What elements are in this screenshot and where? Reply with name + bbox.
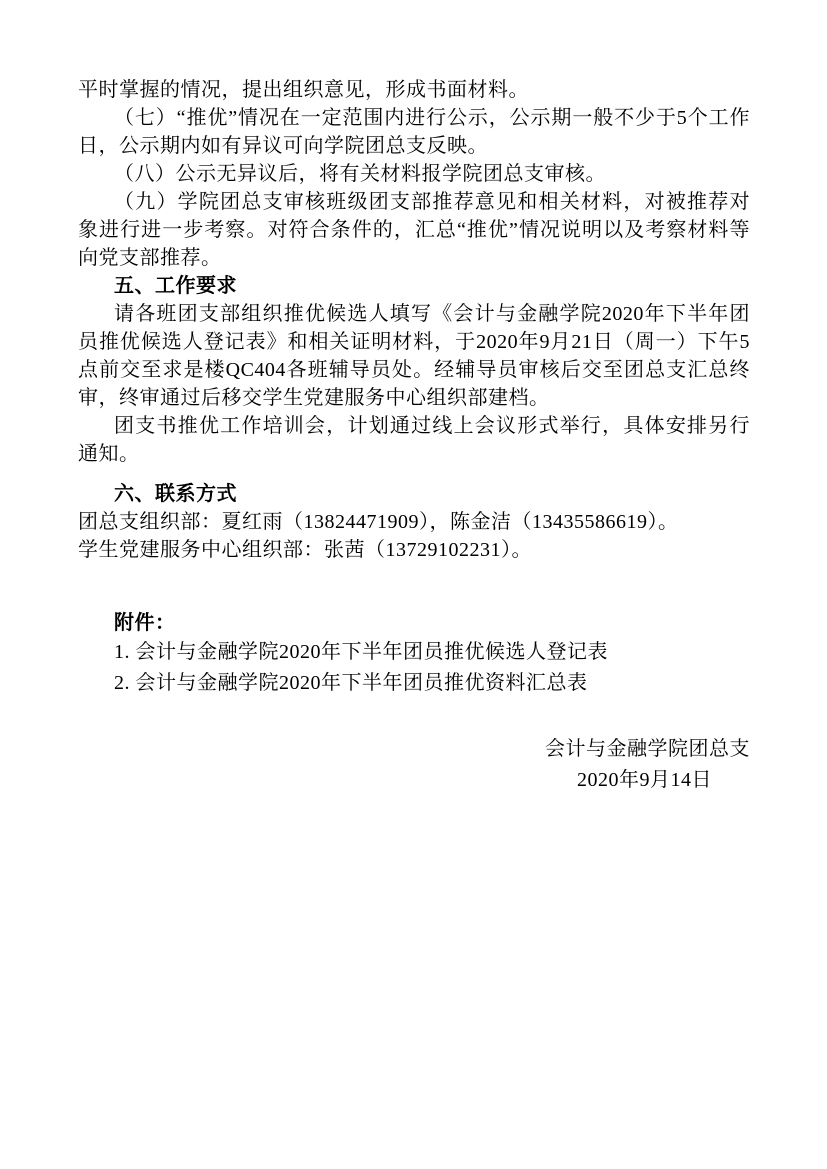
text-line: （七）“推优”情况在一定范围内进行公示，公示期一般不少于5个工作 xyxy=(78,104,750,132)
contact-line-party-center: 学生党建服务中心组织部：张茜（13729102231）。 xyxy=(78,536,750,564)
signature-org: 会计与金融学院团总支 xyxy=(78,734,750,765)
document-page: 平时掌握的情况，提出组织意见，形成书面材料。（七）“推优”情况在一定范围内进行公… xyxy=(0,0,827,1169)
section-heading-5: 五、工作要求 xyxy=(78,272,750,300)
text-line: 象进行进一步考察。对符合条件的，汇总“推优”情况说明以及考察材料等 xyxy=(78,216,750,244)
attachment-item-2: 2. 会计与金融学院2020年下半年团员推优资料汇总表 xyxy=(78,668,750,699)
document-body: 平时掌握的情况，提出组织意见，形成书面材料。（七）“推优”情况在一定范围内进行公… xyxy=(78,76,750,796)
contact-line-league: 团总支组织部：夏红雨（13824471909），陈金洁（13435586619）… xyxy=(78,508,750,536)
text-line: 向党支部推荐。 xyxy=(78,244,750,272)
text-line: 请各班团支部组织推优候选人填写《会计与金融学院2020年下半年团 xyxy=(78,300,750,328)
text-line: 平时掌握的情况，提出组织意见，形成书面材料。 xyxy=(78,76,750,104)
text-line: 通知。 xyxy=(78,440,750,468)
text-line: （八）公示无异议后，将有关材料报学院团总支审核。 xyxy=(78,160,750,188)
text-line: 点前交至求是楼QC404各班辅导员处。经辅导员审核后交至团总支汇总终 xyxy=(78,356,750,384)
signature-date: 2020年9月14日 xyxy=(78,765,750,796)
section-heading-6: 六、联系方式 xyxy=(78,480,750,508)
attachment-item-1: 1. 会计与金融学院2020年下半年团员推优候选人登记表 xyxy=(78,637,750,668)
text-line: 审，终审通过后移交学生党建服务中心组织部建档。 xyxy=(78,384,750,412)
text-line: 员推优候选人登记表》和相关证明材料，于2020年9月21日（周一）下午5 xyxy=(78,328,750,356)
attachments-heading: 附件： xyxy=(78,609,750,637)
text-line: （九）学院团总支审核班级团支部推荐意见和相关材料，对被推荐对 xyxy=(78,188,750,216)
text-line: 团支书推优工作培训会，计划通过线上会议形式举行，具体安排另行 xyxy=(78,412,750,440)
text-line: 日，公示期内如有异议可向学院团总支反映。 xyxy=(78,132,750,160)
